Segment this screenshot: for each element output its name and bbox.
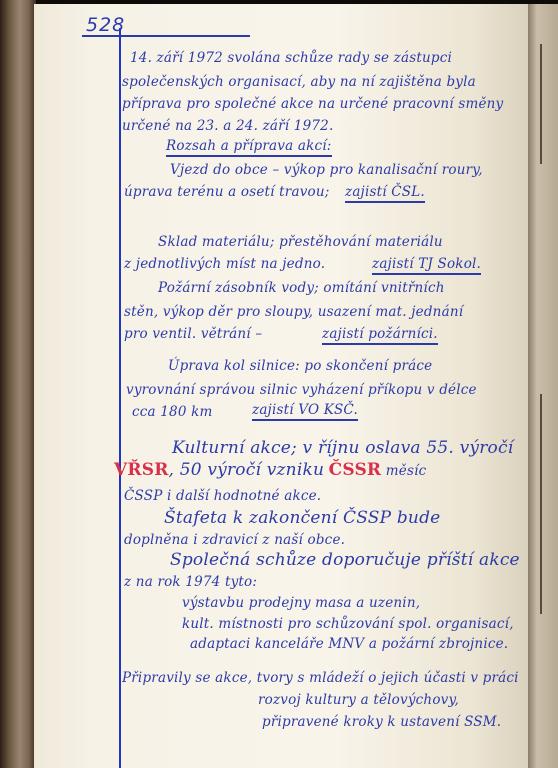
text-line: z na rok 1974 tyto:: [124, 576, 257, 590]
header-rule: [82, 35, 250, 37]
text-line: 14. září 1972 svolána schůze rady se zás…: [130, 52, 452, 66]
text-line: kult. místnosti pro schůzování spol. org…: [182, 618, 514, 632]
text-line: VŘSR, 50 výročí vzniku ČSSR měsíc: [114, 462, 426, 479]
text-line: stěn, výkop děr pro sloupy, usazení mat.…: [124, 306, 463, 320]
responsible-party: zajistí požárníci.: [322, 328, 438, 345]
text-line: Úprava kol silnice: po skončení práce: [168, 360, 432, 374]
text-line: připravené kroky k ustavení SSM.: [262, 716, 501, 730]
text-fragment: měsíc: [386, 463, 427, 479]
text-line: vyrovnání správou silnic vyházení příkop…: [126, 384, 477, 398]
page-edge-mark: [540, 394, 542, 614]
text-line: rozvoj kultury a tělovýchovy,: [258, 694, 459, 708]
responsible-party: zajistí TJ Sokol.: [372, 258, 481, 275]
text-line: doplněna i zdravicí z naší obce.: [124, 534, 345, 548]
text-line: Vjezd do obce – výkop pro kanalisační ro…: [170, 164, 483, 178]
next-page-edge: [528, 4, 558, 768]
text-line: Společná schůze doporučuje příští akce: [170, 552, 520, 569]
text-line: Sklad materiálu; přestěhování materiálu: [158, 236, 443, 250]
text-line: cca 180 km: [132, 406, 213, 420]
text-line: z jednotlivých míst na jedno.: [124, 258, 325, 272]
responsible-party: zajistí ČSL.: [345, 186, 425, 203]
section-heading: Rozsah a příprava akcí:: [166, 140, 332, 157]
responsible-party: zajistí VO KSČ.: [252, 404, 358, 421]
text-line: ČSSP i další hodnotné akce.: [124, 490, 321, 504]
text-line: adaptaci kanceláře MNV a požární zbrojni…: [190, 638, 508, 652]
text-line: určené na 23. a 24. září 1972.: [122, 120, 333, 134]
text-fragment: , 50 výročí vzniku: [169, 460, 325, 480]
text-line: pro ventil. větrání –: [124, 328, 262, 342]
book-spine: [0, 0, 36, 768]
text-line: Kulturní akce; v říjnu oslava 55. výročí: [172, 440, 513, 457]
page-edge-mark: [540, 44, 542, 164]
text-line: společenských organisací, aby na ní zaji…: [122, 76, 476, 90]
text-line: úprava terénu a osetí travou;: [124, 186, 330, 200]
text-line: Požární zásobník vody; omítání vnitřních: [158, 282, 445, 296]
text-line: výstavbu prodejny masa a uzenin,: [182, 597, 420, 611]
text-line: příprava pro společné akce na určené pra…: [122, 98, 503, 112]
text-line: Štafeta k zakončení ČSSP bude: [164, 510, 440, 527]
highlight-red: VŘSR: [114, 460, 169, 480]
text-line: Připravily se akce, tvory s mládeží o je…: [122, 672, 519, 686]
highlight-red: ČSSR: [329, 460, 382, 480]
margin-line: [119, 28, 121, 768]
